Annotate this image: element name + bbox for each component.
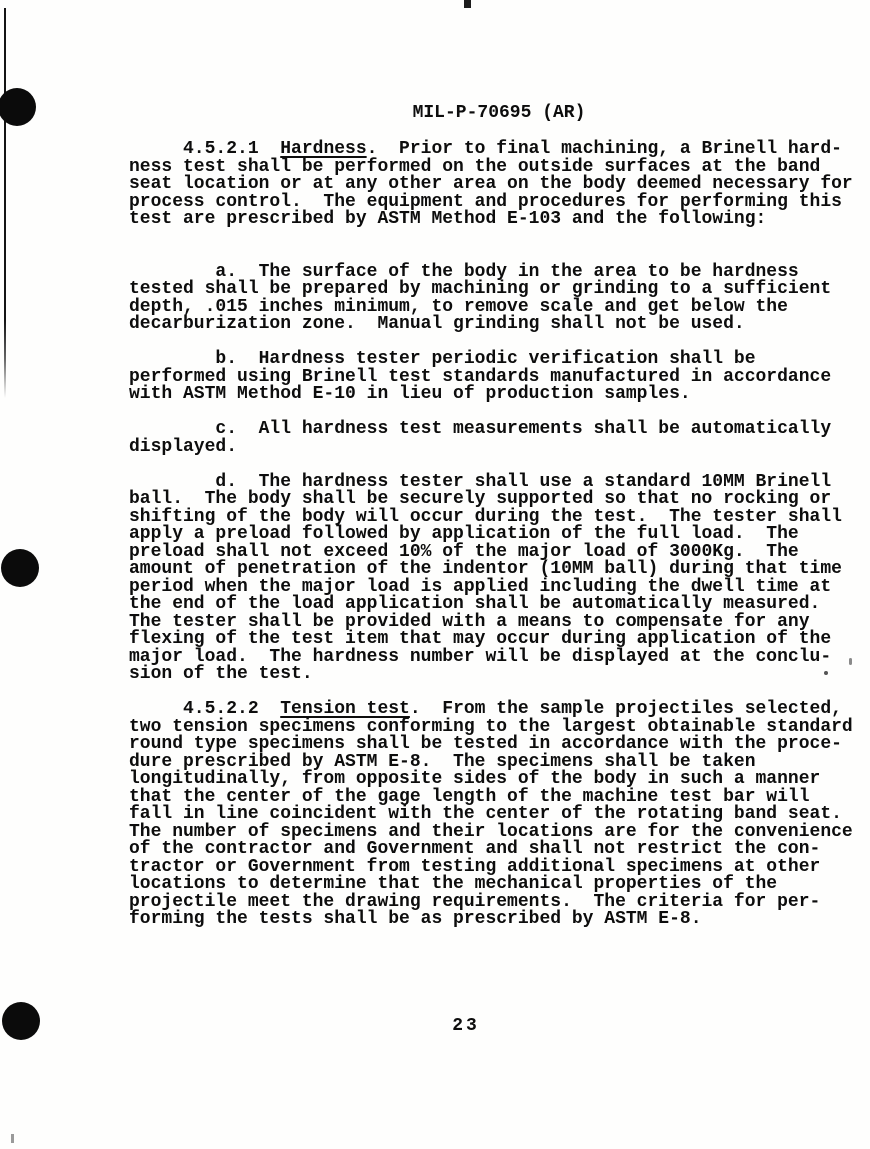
punch-hole-middle: [1, 549, 39, 587]
scan-artifact-mark: [464, 0, 471, 8]
para-4-5-2-1-hardness: 4.5.2.1 Hardness. Prior to final machini…: [129, 139, 853, 229]
page-number: 23: [129, 1016, 803, 1036]
punch-hole-top: [0, 88, 36, 126]
punch-hole-bottom: [2, 1002, 40, 1040]
scan-speck: [11, 1134, 14, 1143]
para-c-automatic-display: c. All hardness test measurements shall …: [129, 419, 831, 457]
para-d-tester-requirements: d. The hardness tester shall use a stand…: [129, 472, 842, 685]
para-b-tester-verification: b. Hardness tester periodic verification…: [129, 349, 831, 404]
para-a-surface-preparation: a. The surface of the body in the area t…: [129, 262, 831, 335]
document-body: 4.5.2.1 Hardness. Prior to final machini…: [129, 141, 853, 929]
left-margin-scan-line: [4, 8, 6, 398]
para-4-5-2-2-tension-test: 4.5.2.2 Tension test. From the sample pr…: [129, 699, 853, 929]
document-id-header: MIL-P-70695 (AR): [129, 103, 869, 123]
document-page: MIL-P-70695 (AR) 4.5.2.1 Hardness. Prior…: [0, 0, 870, 1149]
